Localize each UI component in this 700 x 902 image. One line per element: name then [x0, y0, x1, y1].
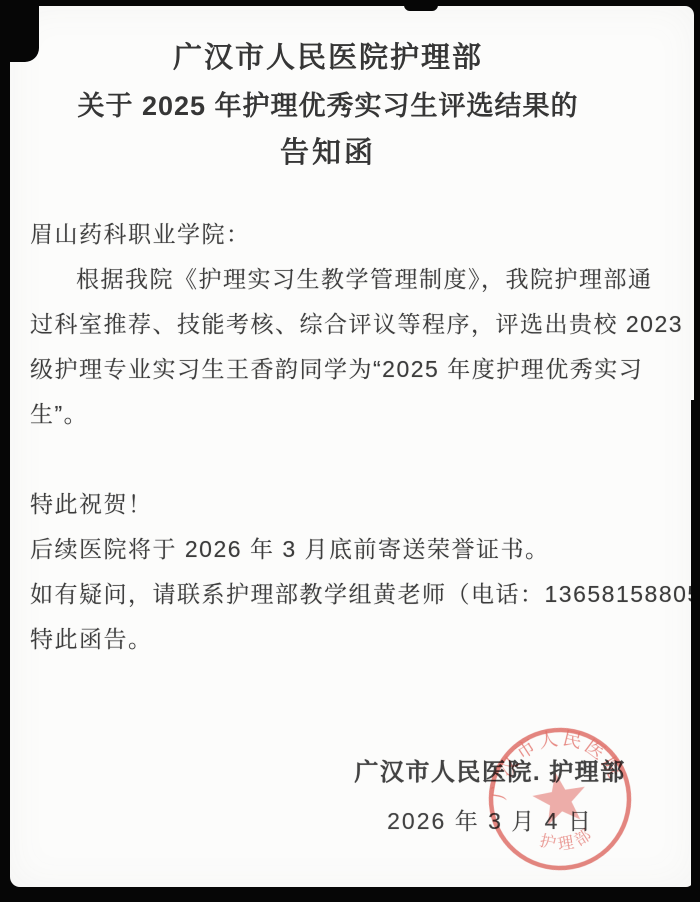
seal-star-icon: [529, 768, 590, 827]
scan-edge-artifact: [691, 400, 700, 887]
title-line-subject: 关于 2025 年护理优秀实习生评选结果的: [18, 82, 638, 130]
official-seal: 广汉市人民医院 护理部: [467, 706, 652, 891]
paragraph-line: 根据我院《护理实习生教学管理制度》，我院护理部通: [30, 257, 650, 302]
closing-line-congrats: 特此祝贺！: [30, 482, 650, 527]
scan-edge-artifact: [404, 0, 438, 11]
salutation: 眉山药科职业学院：: [30, 212, 650, 257]
scanned-letter-photo: { "doc": { "title_lines": [ "广汉市人民医院护理部"…: [0, 0, 700, 902]
closing-line-contact: 如有疑问，请联系护理部教学组黄老师（电话：13658158805）: [30, 572, 650, 617]
title-line-org: 广汉市人民医院护理部: [18, 34, 638, 82]
closing-line-notice: 特此函告。: [30, 617, 650, 662]
paragraph-line: 过科室推荐、技能考核、综合评议等程序，评选出贵校 2023: [30, 302, 650, 347]
seal-bottom-text: 护理部: [535, 822, 599, 857]
scan-edge-artifact: [9, 0, 39, 62]
title-line-doctype: 告知函: [18, 130, 638, 176]
paragraph-line: 级护理专业实习生王香韵同学为“2025 年度护理优秀实习: [30, 347, 650, 392]
letter-body: 眉山药科职业学院： 根据我院《护理实习生教学管理制度》，我院护理部通 过科室推荐…: [30, 212, 650, 662]
letter-title: 广汉市人民医院护理部 关于 2025 年护理优秀实习生评选结果的 告知函: [18, 34, 638, 176]
blank-line: [30, 437, 650, 482]
letter-page: 广汉市人民医院护理部 关于 2025 年护理优秀实习生评选结果的 告知函 眉山药…: [10, 6, 694, 887]
paragraph-line: 生”。: [30, 392, 650, 437]
closing-line-certificate: 后续医院将于 2026 年 3 月底前寄送荣誉证书。: [30, 527, 650, 572]
